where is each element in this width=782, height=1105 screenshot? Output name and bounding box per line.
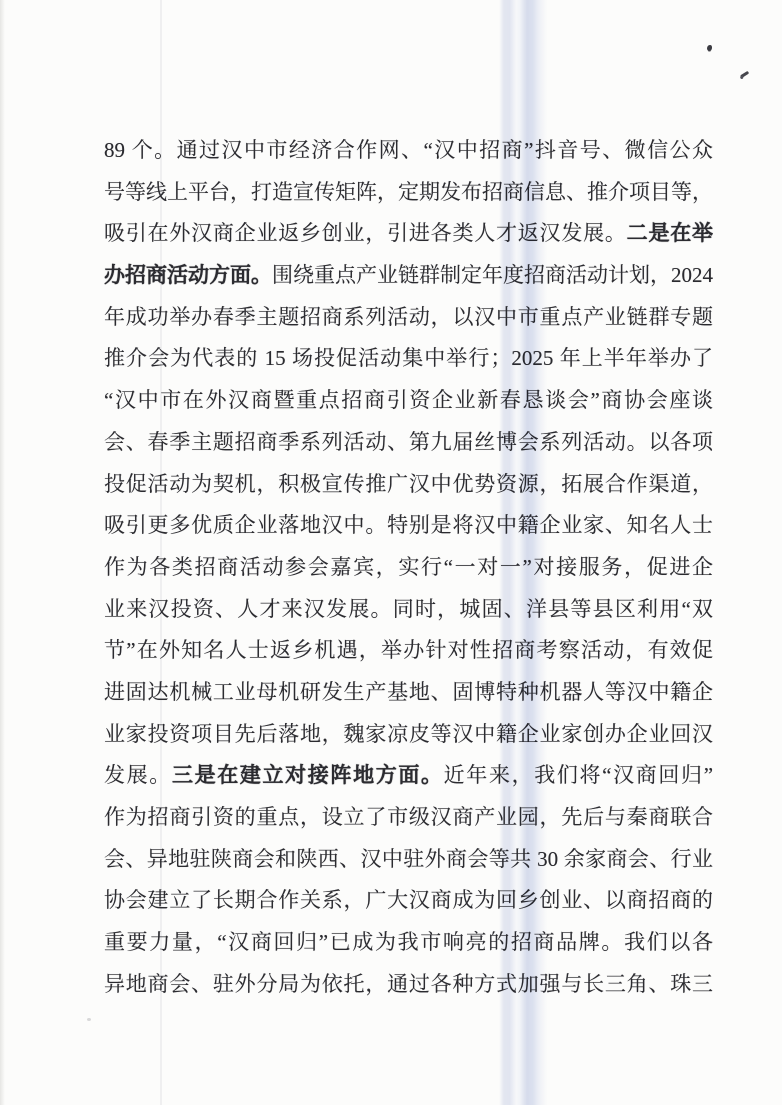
text-segment: 年成功举办春季主题招商系列活动，以汉中市重点产业链群专题 bbox=[104, 305, 713, 329]
text-line-5: 年成功举办春季主题招商系列活动，以汉中市重点产业链群专题 bbox=[104, 297, 713, 339]
text-segment: 89 个。通过汉中市经济合作网、“汉中招商”抖音号、微信公众 bbox=[104, 138, 713, 162]
text-segment: 作为招商引资的重点，设立了市级汉商产业园，先后与秦商联合 bbox=[104, 805, 713, 829]
text-line-1: 89 个。通过汉中市经济合作网、“汉中招商”抖音号、微信公众 bbox=[104, 130, 713, 172]
scan-edge-shadow bbox=[0, 0, 5, 1105]
text-line-18: 会、异地驻陕商会和陕西、汉中驻外商会等共 30 余家商会、行业 bbox=[104, 839, 713, 881]
text-line-15: 业家投资项目先后落地，魏家凉皮等汉中籍企业家创办企业回汉 bbox=[104, 714, 713, 756]
text-segment: “汉中市在外汉商暨重点招商引资企业新春恳谈会”商协会座谈 bbox=[104, 388, 713, 412]
text-line-21: 异地商会、驻外分局为依托，通过各种方式加强与长三角、珠三 bbox=[104, 964, 713, 1006]
text-segment: 吸引在外汉商企业返乡创业，引进各类人才返汉发展。 bbox=[104, 221, 627, 245]
text-segment: 围绕重点产业链群制定年度招商活动计划，2024 bbox=[272, 263, 713, 287]
text-segment: 投促活动为契机，积极宣传推广汉中优势资源，拓展合作渠道， bbox=[104, 472, 713, 496]
text-segment: 作为各类招商活动参会嘉宾，实行“一对一”对接服务，促进企 bbox=[104, 555, 713, 579]
text-segment: 重要力量，“汉商回归”已成为我市响亮的招商品牌。我们以各 bbox=[104, 930, 713, 954]
text-line-13: 节”在外知名人士返乡机遇，举办针对性招商考察活动，有效促 bbox=[104, 630, 713, 672]
text-segment: 异地商会、驻外分局为依托，通过各种方式加强与长三角、珠三 bbox=[104, 972, 713, 996]
text-segment: 会、春季主题招商季系列活动、第九届丝博会系列活动。以各项 bbox=[104, 430, 713, 454]
scanned-document-page: 89 个。通过汉中市经济合作网、“汉中招商”抖音号、微信公众号等线上平台，打造宣… bbox=[0, 0, 782, 1105]
text-line-3: 吸引在外汉商企业返乡创业，引进各类人才返汉发展。二是在举 bbox=[104, 213, 713, 255]
bold-heading-segment: 三是在建立对接阵地方面。 bbox=[172, 763, 444, 787]
text-segment: 会、异地驻陕商会和陕西、汉中驻外商会等共 30 余家商会、行业 bbox=[104, 847, 713, 871]
text-segment: 协会建立了长期合作关系，广大汉商成为回乡创业、以商招商的 bbox=[104, 888, 713, 912]
text-line-20: 重要力量，“汉商回归”已成为我市响亮的招商品牌。我们以各 bbox=[104, 922, 713, 964]
bold-heading-segment: 办招商活动方面。 bbox=[104, 263, 272, 287]
ink-speck-tick bbox=[740, 71, 749, 78]
text-line-4: 办招商活动方面。围绕重点产业链群制定年度招商活动计划，2024 bbox=[104, 255, 713, 297]
text-segment: 推介会为代表的 15 场投促活动集中举行；2025 年上半年举办了 bbox=[104, 346, 713, 370]
text-line-16: 发展。三是在建立对接阵地方面。近年来，我们将“汉商回归” bbox=[104, 755, 713, 797]
bold-heading-segment: 二是在举 bbox=[627, 221, 713, 245]
text-line-19: 协会建立了长期合作关系，广大汉商成为回乡创业、以商招商的 bbox=[104, 880, 713, 922]
text-segment: 业来汉投资、人才来汉发展。同时，城固、洋县等县区利用“双 bbox=[104, 597, 713, 621]
text-segment: 近年来，我们将“汉商回归” bbox=[444, 763, 713, 787]
text-block: 89 个。通过汉中市经济合作网、“汉中招商”抖音号、微信公众号等线上平台，打造宣… bbox=[104, 130, 713, 1005]
text-segment: 业家投资项目先后落地，魏家凉皮等汉中籍企业家创办企业回汉 bbox=[104, 722, 713, 746]
text-segment: 吸引更多优质企业落地汉中。特别是将汉中籍企业家、知名人士 bbox=[104, 513, 713, 537]
text-segment: 发展。 bbox=[104, 763, 172, 787]
text-line-6: 推介会为代表的 15 场投促活动集中举行；2025 年上半年举办了 bbox=[104, 338, 713, 380]
text-line-11: 作为各类招商活动参会嘉宾，实行“一对一”对接服务，促进企 bbox=[104, 547, 713, 589]
text-line-2: 号等线上平台，打造宣传矩阵，定期发布招商信息、推介项目等， bbox=[104, 172, 713, 214]
text-line-14: 进固达机械工业母机研发生产基地、固博特种机器人等汉中籍企 bbox=[104, 672, 713, 714]
text-segment: 节”在外知名人士返乡机遇，举办针对性招商考察活动，有效促 bbox=[104, 638, 713, 662]
text-segment: 进固达机械工业母机研发生产基地、固博特种机器人等汉中籍企 bbox=[104, 680, 713, 704]
text-line-9: 投促活动为契机，积极宣传推广汉中优势资源，拓展合作渠道， bbox=[104, 464, 713, 506]
ink-speck-dot bbox=[707, 45, 712, 51]
text-line-7: “汉中市在外汉商暨重点招商引资企业新春恳谈会”商协会座谈 bbox=[104, 380, 713, 422]
text-line-17: 作为招商引资的重点，设立了市级汉商产业园，先后与秦商联合 bbox=[104, 797, 713, 839]
text-line-8: 会、春季主题招商季系列活动、第九届丝博会系列活动。以各项 bbox=[104, 422, 713, 464]
text-line-12: 业来汉投资、人才来汉发展。同时，城固、洋县等县区利用“双 bbox=[104, 589, 713, 631]
text-segment: 号等线上平台，打造宣传矩阵，定期发布招商信息、推介项目等， bbox=[104, 180, 713, 204]
text-line-10: 吸引更多优质企业落地汉中。特别是将汉中籍企业家、知名人士 bbox=[104, 505, 713, 547]
ink-speck-faint bbox=[87, 1018, 91, 1021]
